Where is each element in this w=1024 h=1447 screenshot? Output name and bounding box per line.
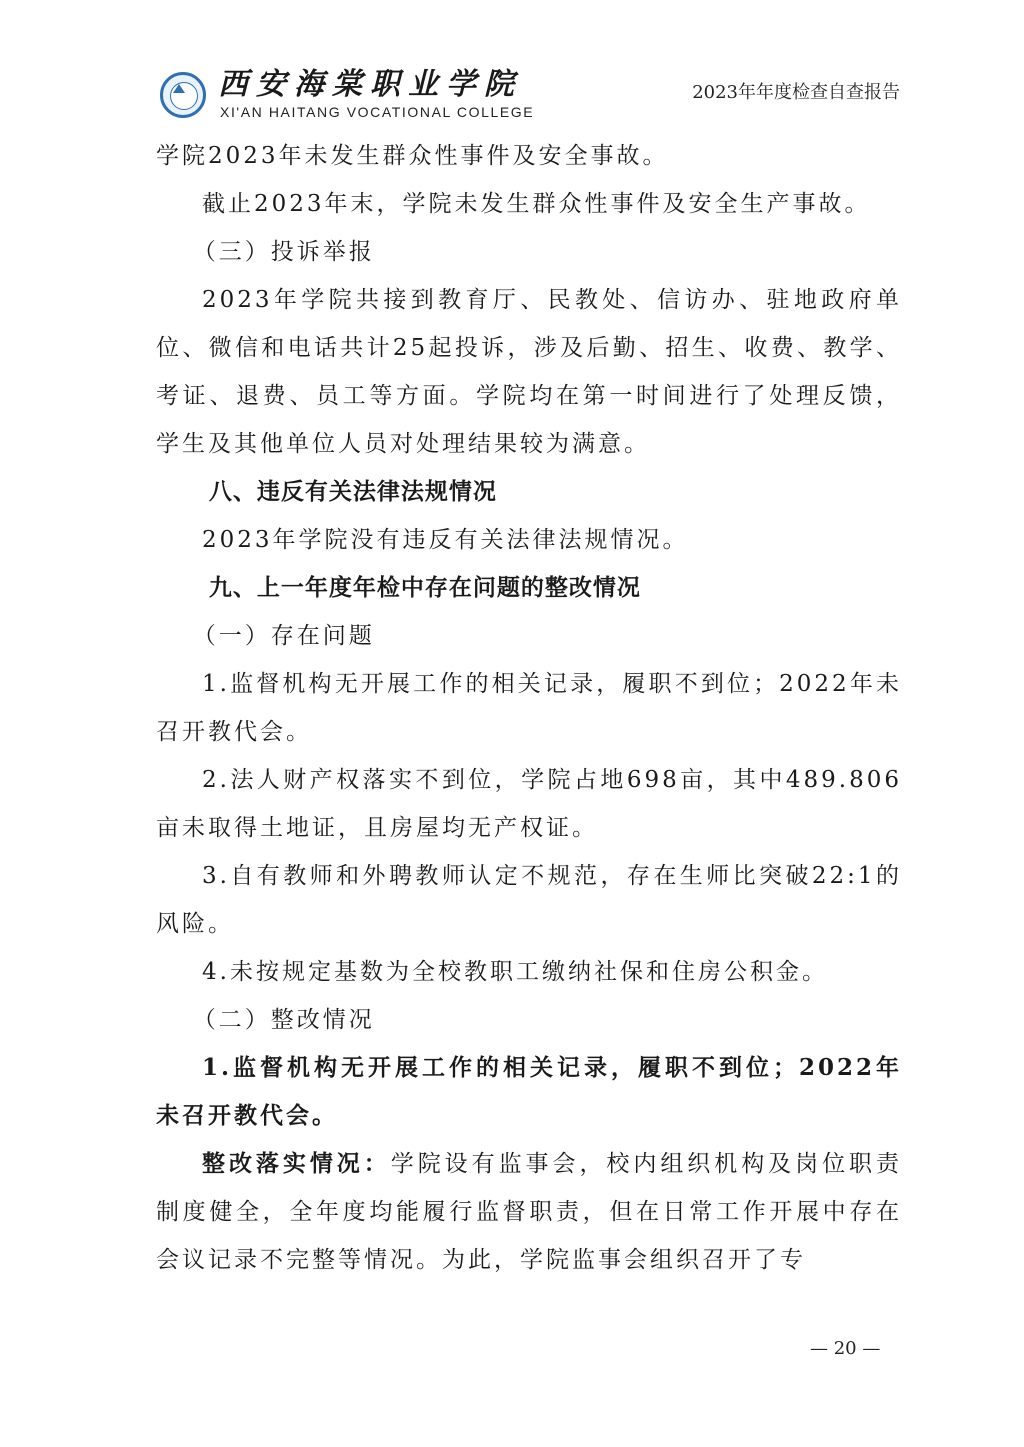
college-seal-icon — [160, 72, 206, 118]
page-number: — 20 — — [810, 1338, 880, 1359]
list-item: 1.监督机构无开展工作的相关记录，履职不到位；2022年未召开教代会。 — [156, 660, 902, 756]
list-item: 3.自有教师和外聘教师认定不规范，存在生师比突破22:1的风险。 — [156, 852, 902, 948]
document-body: 学院2023年未发生群众性事件及安全事故。 截止2023年末，学院未发生群众性事… — [156, 132, 902, 1284]
list-item: 4.未按规定基数为全校教职工缴纳社保和住房公积金。 — [156, 948, 902, 996]
paragraph: 2023年学院没有违反有关法律法规情况。 — [156, 516, 902, 564]
document-title: 2023年年度检查自查报告 — [692, 78, 900, 104]
paragraph: 截止2023年末，学院未发生群众性事件及安全生产事故。 — [156, 180, 902, 228]
paragraph: 学院2023年未发生群众性事件及安全事故。 — [156, 132, 902, 180]
subsection-heading: （二）整改情况 — [156, 996, 902, 1044]
school-name-cn: 西安海棠职业学院 — [218, 68, 522, 102]
page-header: 西安海棠职业学院 XI'AN HAITANG VOCATIONAL COLLEG… — [160, 68, 900, 124]
rectification-paragraph: 整改落实情况：学院设有监事会，校内组织机构及岗位职责制度健全，全年度均能履行监督… — [156, 1140, 902, 1284]
paragraph: 2023年学院共接到教育厅、民教处、信访办、驻地政府单位、微信和电话共计25起投… — [156, 276, 902, 468]
rectification-label: 整改落实情况： — [202, 1150, 391, 1177]
rectification-item-heading: 1.监督机构无开展工作的相关记录，履职不到位；2022年未召开教代会。 — [156, 1044, 902, 1140]
subsection-heading: （三）投诉举报 — [156, 228, 902, 276]
section-heading: 八、违反有关法律法规情况 — [156, 468, 902, 516]
list-item: 2.法人财产权落实不到位，学院占地698亩，其中489.806亩未取得土地证，且… — [156, 756, 902, 852]
section-heading: 九、上一年度年检中存在问题的整改情况 — [156, 564, 902, 612]
subsection-heading: （一）存在问题 — [156, 612, 902, 660]
school-name-en: XI'AN HAITANG VOCATIONAL COLLEGE — [220, 104, 534, 120]
